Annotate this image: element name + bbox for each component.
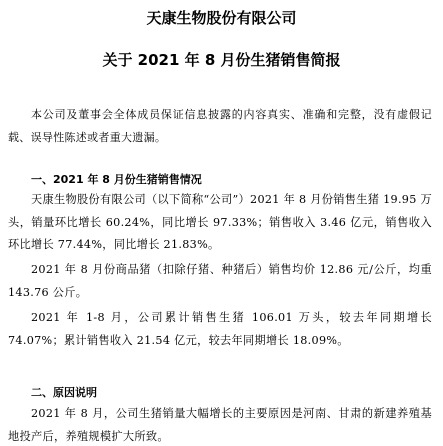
document-title: 关于 2021 年 8 月份生猪销售简报 bbox=[0, 51, 443, 69]
section-2-heading: 二、原因说明 bbox=[31, 385, 97, 401]
section-1-paragraph-2: 2021 年 8 月份商品猪（扣除仔猪、种猪后）销售均价 12.86 元/公斤，… bbox=[8, 259, 432, 304]
section-1-heading: 一、2021 年 8 月份生猪销售情况 bbox=[31, 172, 202, 188]
declaration-text: 本公司及董事会全体成员保证信息披露的内容真实、准确和完整，没有虚假记载、误导性陈… bbox=[8, 104, 432, 149]
company-name: 天康生物股份有限公司 bbox=[0, 9, 443, 27]
section-1-paragraph-1: 天康生物股份有限公司（以下简称“公司”）2021 年 8 月份销售生猪 19.9… bbox=[8, 189, 432, 257]
section-1-paragraph-3: 2021 年 1-8 月，公司累计销售生猪 106.01 万头，较去年同期增长 … bbox=[8, 307, 432, 352]
section-2-paragraph-1: 2021 年 8 月，公司生猪销量大幅增长的主要原因是河南、甘肃的新建养殖基地投… bbox=[8, 403, 432, 446]
